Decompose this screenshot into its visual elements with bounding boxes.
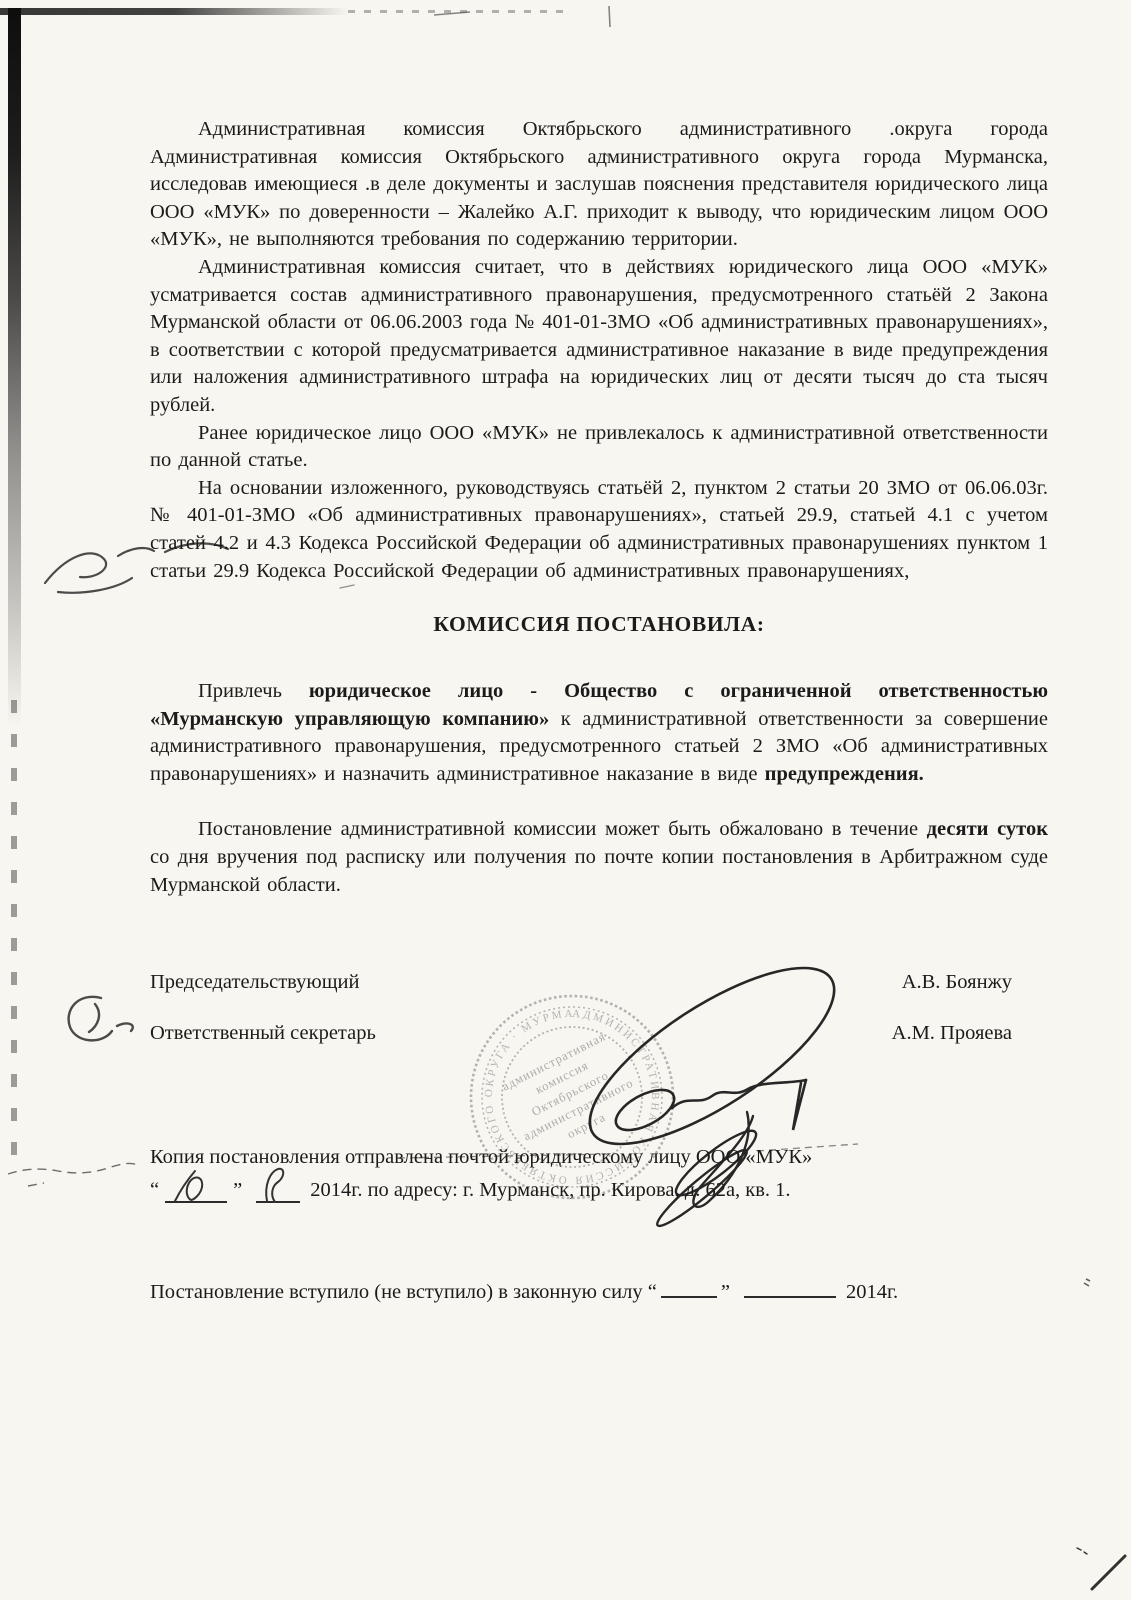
- close-quote: ”: [721, 1281, 730, 1303]
- signature-role: Председательствующий: [150, 971, 359, 994]
- entry-year: 2014г.: [846, 1281, 898, 1303]
- section-heading: КОМИССИЯ ПОСТАНОВИЛА:: [150, 611, 1048, 638]
- dashed-wave-line: [8, 1163, 138, 1186]
- signature-role: Ответственный секретарь: [150, 1022, 376, 1045]
- handwritten-day-mark-icon: [169, 1169, 209, 1205]
- margin-speck: [1084, 1279, 1090, 1286]
- signature-row-chairman: Председательствующий А.В. Боянжу: [150, 971, 1048, 994]
- scan-edge-left-artifact: [8, 8, 21, 728]
- scanned-document-page: АДМИНИСТРАТИВНАЯ КОМИССИЯ ОКТЯБРЬСКОГО О…: [0, 0, 1131, 1600]
- corner-slash: [1077, 1548, 1125, 1589]
- paragraph-offense: Административная комиссия считает, что в…: [150, 254, 1048, 420]
- mailing-note: Копия постановления отправлена почтой юр…: [150, 1143, 1048, 1204]
- paragraph-prior-record: Ранее юридическое лицо ООО «МУК» не прив…: [150, 420, 1048, 475]
- paragraph-intro: Административная комиссия Октябрьского а…: [150, 116, 1048, 254]
- entry-into-force-line: Постановление вступило (не вступило) в з…: [150, 1280, 1048, 1304]
- paragraph-legal-basis: На основании изложенного, руководствуясь…: [150, 475, 1048, 585]
- scan-edge-top-tail-artifact: [348, 10, 568, 13]
- scan-edge-top-artifact: [0, 8, 348, 15]
- pen-circle-scribble: [69, 997, 133, 1041]
- mailing-line2: “”2014г. по адресу: г. Мурманск, пр. Кир…: [150, 1175, 1048, 1204]
- date-month-blank: [256, 1175, 300, 1203]
- signature-name: А.М. Прояева: [892, 1022, 1048, 1045]
- open-quote: “: [648, 1281, 657, 1303]
- document-body: Административная комиссия Октябрьского а…: [150, 116, 1048, 1304]
- paragraph-appeal: Постановление административной комиссии …: [150, 816, 1048, 899]
- paragraph-resolution: Привлечь юридическое лицо - Общество с о…: [150, 678, 1048, 788]
- open-quote: “: [150, 1179, 159, 1201]
- entry-text: Постановление вступило (не вступило) в з…: [150, 1281, 643, 1303]
- scan-edge-left-tail-artifact: [11, 700, 17, 1170]
- entry-day-blank: [661, 1280, 717, 1298]
- date-day-blank: [165, 1175, 227, 1203]
- close-quote: ”: [233, 1179, 242, 1201]
- entry-month-blank: [744, 1280, 836, 1298]
- signature-block: Председательствующий А.В. Боянжу Ответст…: [150, 971, 1048, 1045]
- signature-row-secretary: Ответственный секретарь А.М. Прояева: [150, 1022, 1048, 1045]
- signature-name: А.В. Боянжу: [902, 971, 1048, 994]
- handwritten-month-mark-icon: [260, 1165, 288, 1205]
- mailing-year-address: 2014г. по адресу: г. Мурманск, пр. Киров…: [310, 1179, 790, 1201]
